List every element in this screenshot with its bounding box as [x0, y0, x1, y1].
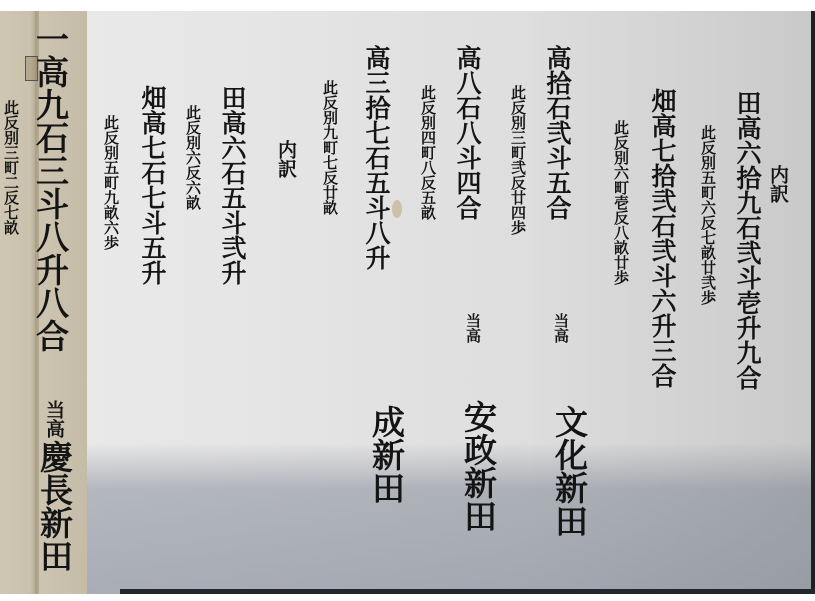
- text-column: 畑高七石七斗五升: [140, 85, 165, 285]
- annotation: 当高: [465, 313, 480, 343]
- paper-stain: [392, 200, 402, 218]
- heading-uchiwake: 内訳: [768, 165, 787, 203]
- text-column: 高八石八斗四合: [455, 45, 480, 220]
- text-column: 畑高七拾弐石弐斗六升三合: [650, 88, 675, 388]
- signature: 成新田: [370, 405, 403, 504]
- left-strip-signature: 慶長新田: [38, 440, 71, 572]
- text-column: 此反別四町八反五畝: [420, 85, 435, 220]
- signature: 安政新田: [462, 400, 495, 532]
- text-column: 此反別五町六反七畝廿弐歩: [700, 125, 715, 305]
- text-column: 此反別六町壱反八畝廿歩: [613, 120, 628, 285]
- text-column: 高三拾七石五斗八升: [364, 45, 389, 270]
- text-column: 此反別九町七反廿畝: [322, 80, 337, 215]
- signature: 文化新田: [553, 405, 586, 537]
- text-column: 高拾石弐斗五合: [545, 45, 570, 220]
- right-shadow-edge: [811, 11, 815, 594]
- document-photo: 一高九石三斗八升八合 此反別三町二反七畝 当高 慶長新田 内訳 田高六拾九石弐斗…: [0, 0, 815, 601]
- text-column: 此反別六反六畝: [185, 105, 200, 210]
- text-column: 此反別三町弐反廿四歩: [510, 85, 525, 235]
- text-column: 田高六拾九石弐斗壱升九合: [735, 90, 760, 390]
- left-strip-main-column: 一高九石三斗八升八合: [34, 22, 67, 352]
- left-strip-sub-column: 此反別三町二反七畝: [3, 100, 18, 235]
- text-column: 田高六石五斗弐升: [220, 85, 245, 285]
- annotation: 当高: [553, 313, 568, 343]
- heading-uchiwake-2: 内訳: [276, 140, 295, 178]
- text-column: 此反別五町九畝六歩: [103, 115, 118, 250]
- left-strip-note: 当高: [44, 400, 63, 438]
- bottom-shadow-edge: [120, 589, 815, 594]
